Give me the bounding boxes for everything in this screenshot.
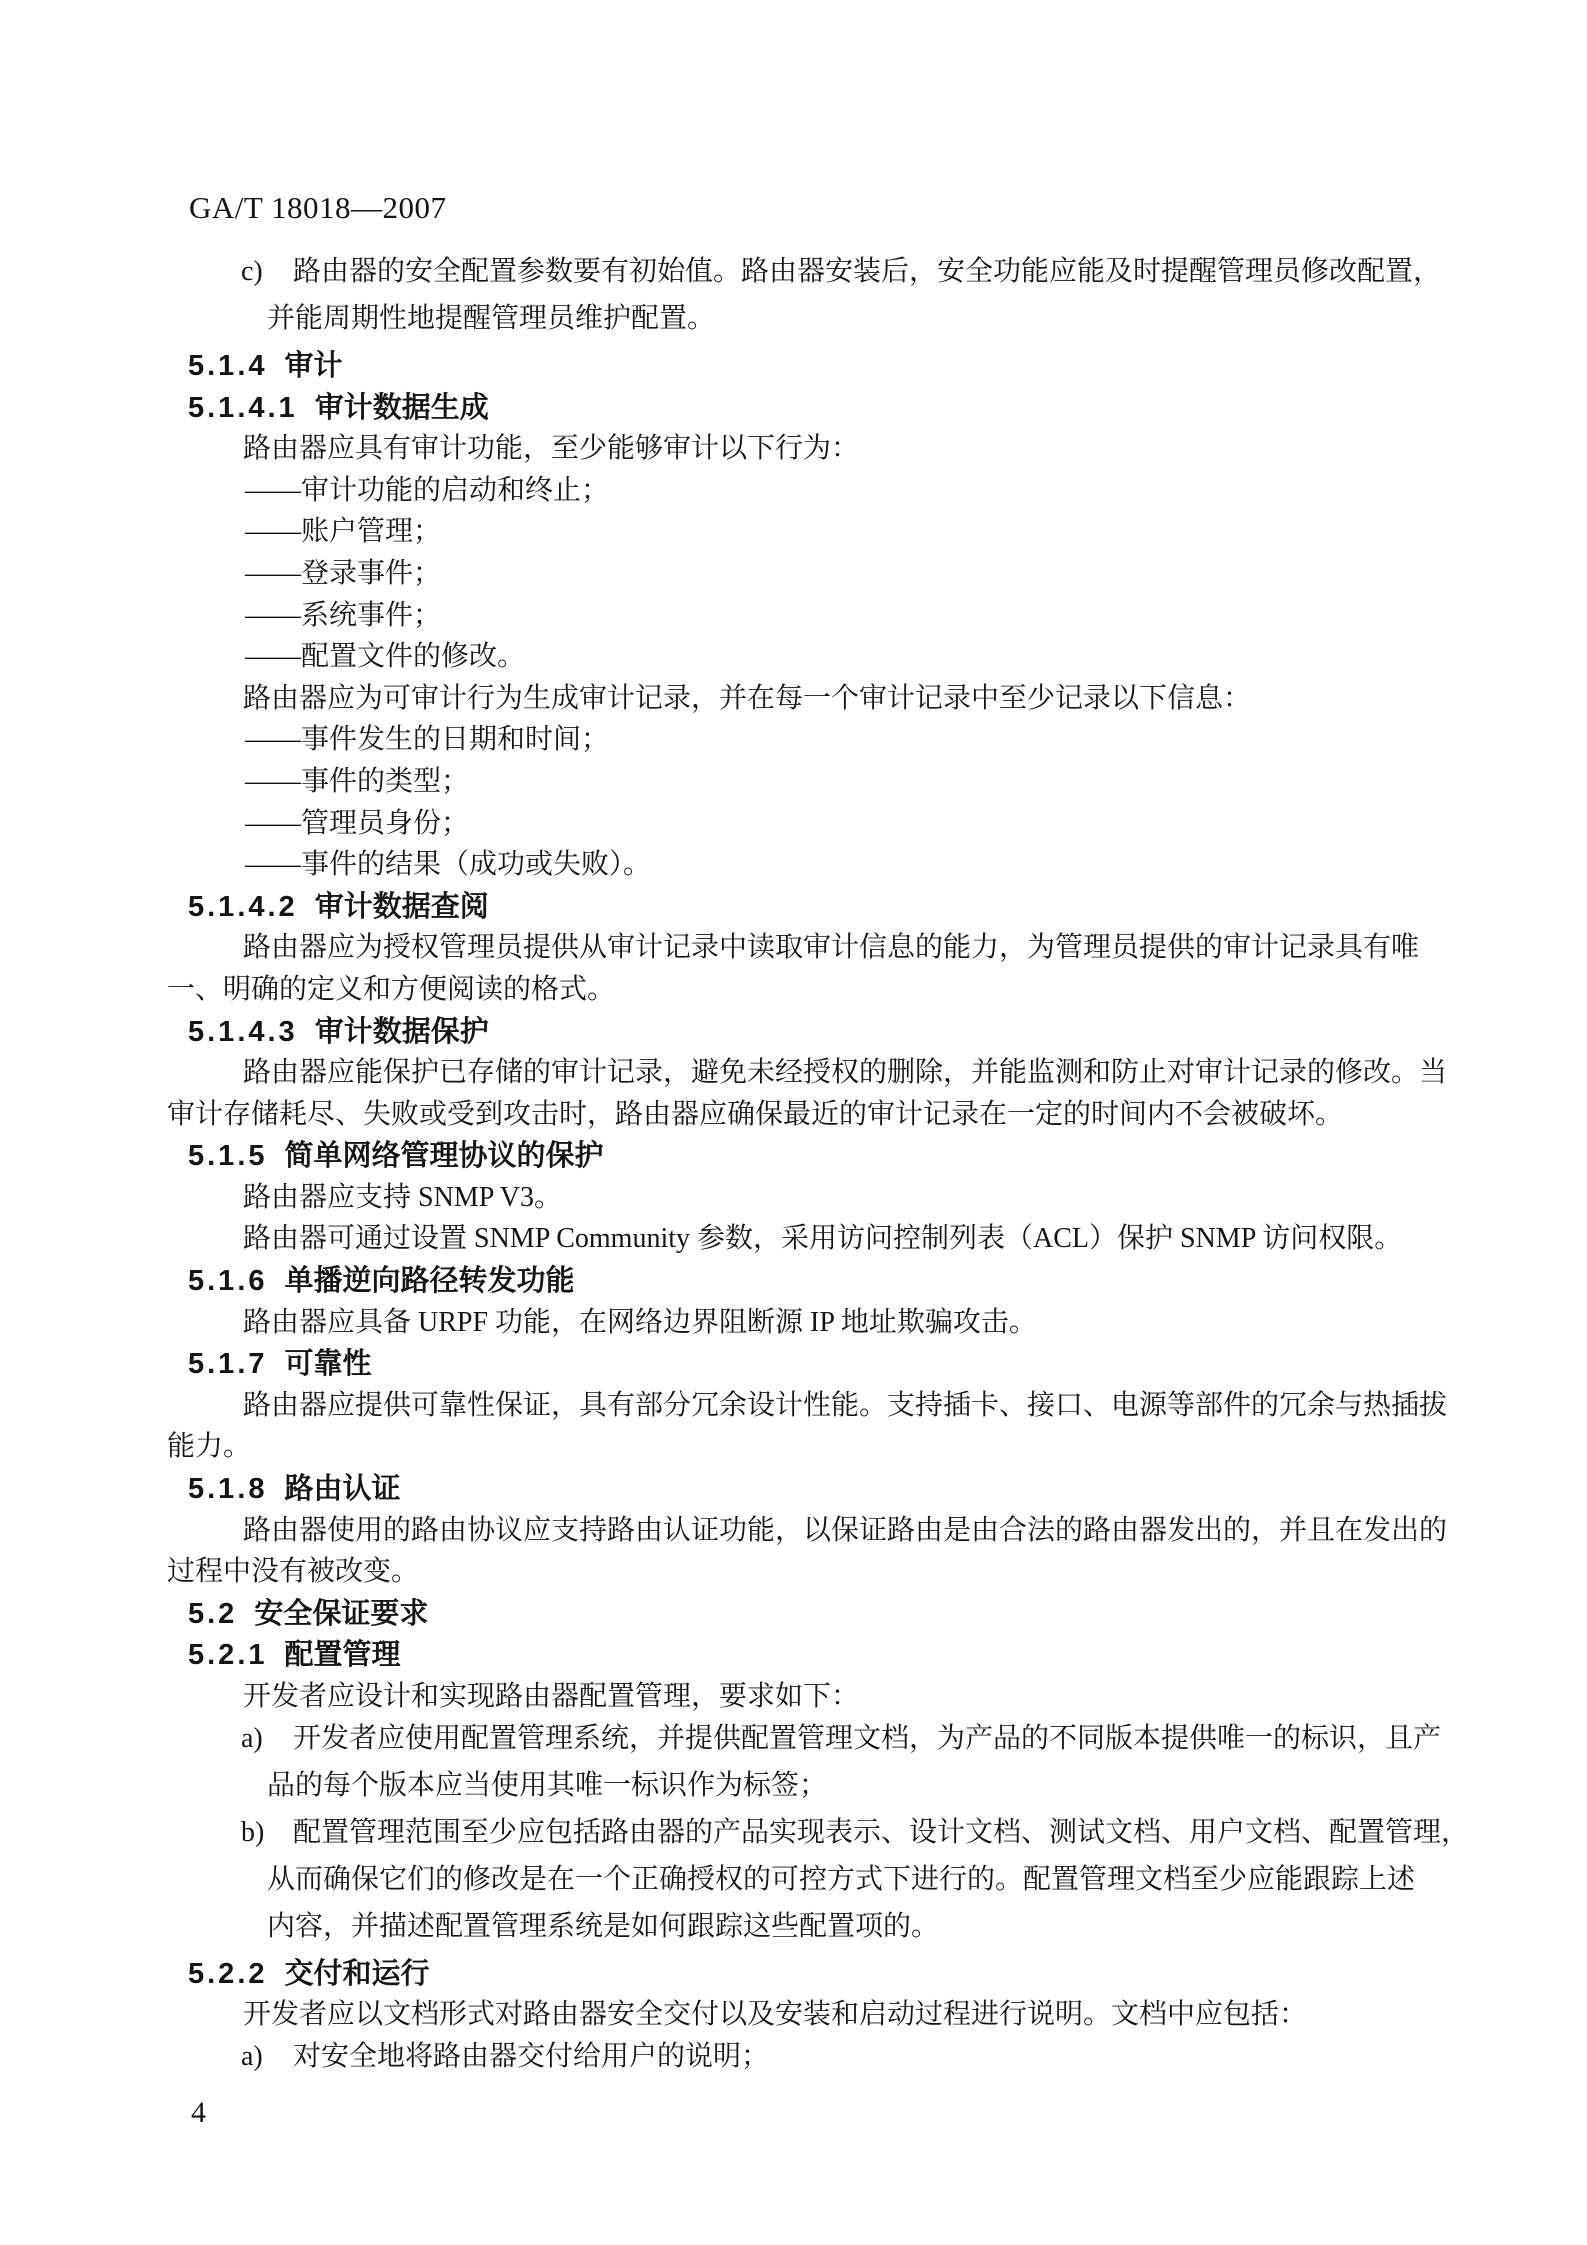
section-number: 5.2.1 — [188, 1639, 268, 1671]
section-heading: 5.1.4.2审计数据查阅 — [0, 891, 1587, 933]
paragraph-line: 开发者应以文档形式对路由器安全交付以及安装和启动过程进行说明。文档中应包括： — [0, 1999, 1587, 2041]
dash-list-item: ——事件的结果（成功或失败）。 — [0, 849, 1587, 891]
dash-list-item: ——管理员身份； — [0, 808, 1587, 850]
section-heading: 5.1.4.1审计数据生成 — [0, 392, 1587, 434]
paragraph-continuation-line: 能力。 — [0, 1431, 1587, 1473]
list-item: b)配置管理范围至少应包括路由器的产品实现表示、设计文档、测试文档、用户文档、配… — [0, 1817, 1587, 1864]
section-number: 5.1.4.3 — [188, 1016, 298, 1048]
section-number: 5.2.2 — [188, 1958, 268, 1990]
paragraph-continuation-line: 一、明确的定义和方便阅读的格式。 — [0, 974, 1587, 1016]
paragraph-line: 路由器应为可审计行为生成审计记录，并在每一个审计记录中至少记录以下信息： — [0, 683, 1587, 725]
section-number: 5.1.5 — [188, 1140, 268, 1172]
section-heading: 5.2.2交付和运行 — [0, 1958, 1587, 2000]
section-heading: 5.1.5简单网络管理协议的保护 — [0, 1140, 1587, 1182]
paragraph-line: 路由器应为授权管理员提供从审计记录中读取审计信息的能力，为管理员提供的审计记录具… — [0, 932, 1587, 974]
list-item-text: 配置管理范围至少应包括路由器的产品实现表示、设计文档、测试文档、用户文档、配置管… — [293, 1817, 1469, 1848]
section-title: 审计数据保护 — [315, 1016, 489, 1048]
section-number: 5.2 — [188, 1598, 237, 1630]
section-heading: 5.1.7可靠性 — [0, 1348, 1587, 1390]
dash-list-item: ——事件发生的日期和时间； — [0, 724, 1587, 766]
section-number: 5.1.6 — [188, 1265, 268, 1297]
section-heading: 5.1.4.3审计数据保护 — [0, 1016, 1587, 1058]
list-item-marker: a) — [241, 1723, 293, 1755]
paragraph-line: 路由器应具备 URPF 功能，在网络边界阻断源 IP 地址欺骗攻击。 — [0, 1307, 1587, 1349]
section-title: 审计 — [285, 350, 343, 382]
section-number: 5.1.4.2 — [188, 891, 298, 923]
paragraph-line: 路由器可通过设置 SNMP Community 参数，采用访问控制列表（ACL）… — [0, 1223, 1587, 1265]
dash-list-item: ——事件的类型； — [0, 766, 1587, 808]
section-heading: 5.2安全保证要求 — [0, 1598, 1587, 1640]
section-title: 安全保证要求 — [254, 1598, 428, 1630]
section-heading: 5.1.8路由认证 — [0, 1473, 1587, 1515]
document-page: GA/T 18018—2007 c)路由器的安全配置参数要有初始值。路由器安装后… — [0, 0, 1587, 2245]
dash-list-item: ——账户管理； — [0, 516, 1587, 558]
list-item-marker: a) — [241, 2041, 293, 2073]
list-item-continuation: 品的每个版本应当使用其唯一标识作为标签； — [0, 1770, 1587, 1817]
list-item-marker: b) — [241, 1817, 293, 1849]
list-item-text: 开发者应使用配置管理系统，并提供配置管理文档，为产品的不同版本提供唯一的标识，且… — [293, 1723, 1441, 1754]
paragraph-line: 开发者应设计和实现路由器配置管理，要求如下： — [0, 1681, 1587, 1723]
dash-list-item: ——系统事件； — [0, 600, 1587, 642]
list-item: c)路由器的安全配置参数要有初始值。路由器安装后，安全功能应能及时提醒管理员修改… — [0, 256, 1587, 303]
list-item-continuation: 内容，并描述配置管理系统是如何跟踪这些配置项的。 — [0, 1911, 1587, 1958]
list-item: a)对安全地将路由器交付给用户的说明； — [0, 2041, 1587, 2088]
section-title: 交付和运行 — [285, 1958, 430, 1990]
standard-number-header: GA/T 18018—2007 — [189, 190, 447, 226]
section-number: 5.1.8 — [188, 1473, 268, 1505]
paragraph-continuation-line: 过程中没有被改变。 — [0, 1556, 1587, 1598]
section-title: 单播逆向路径转发功能 — [285, 1265, 575, 1297]
paragraph-line: 路由器应提供可靠性保证，具有部分冗余设计性能。支持插卡、接口、电源等部件的冗余与… — [0, 1390, 1587, 1432]
paragraph-line: 路由器使用的路由协议应支持路由认证功能，以保证路由是由合法的路由器发出的，并且在… — [0, 1515, 1587, 1557]
list-item-continuation: 从而确保它们的修改是在一个正确授权的可控方式下进行的。配置管理文档至少应能跟踪上… — [0, 1864, 1587, 1911]
section-title: 简单网络管理协议的保护 — [285, 1140, 604, 1172]
section-number: 5.1.7 — [188, 1348, 268, 1380]
section-title: 审计数据生成 — [315, 392, 489, 424]
section-number: 5.1.4 — [188, 350, 268, 382]
section-title: 配置管理 — [285, 1639, 401, 1671]
list-item: a)开发者应使用配置管理系统，并提供配置管理文档，为产品的不同版本提供唯一的标识… — [0, 1723, 1587, 1770]
section-title: 路由认证 — [285, 1473, 401, 1505]
section-heading: 5.2.1配置管理 — [0, 1639, 1587, 1681]
dash-list-item: ——配置文件的修改。 — [0, 641, 1587, 683]
list-item-text: 对安全地将路由器交付给用户的说明； — [293, 2041, 769, 2072]
list-item-continuation: 并能周期性地提醒管理员维护配置。 — [0, 303, 1587, 350]
paragraph-line: 路由器应支持 SNMP V3。 — [0, 1182, 1587, 1224]
list-item-marker: c) — [241, 256, 293, 288]
doc-lines: c)路由器的安全配置参数要有初始值。路由器安装后，安全功能应能及时提醒管理员修改… — [0, 256, 1587, 2088]
paragraph-line: 路由器应具有审计功能，至少能够审计以下行为： — [0, 433, 1587, 475]
page-number: 4 — [191, 2096, 206, 2130]
section-title: 可靠性 — [285, 1348, 372, 1380]
section-heading: 5.1.6单播逆向路径转发功能 — [0, 1265, 1587, 1307]
paragraph-line: 路由器应能保护已存储的审计记录，避免未经授权的删除，并能监测和防止对审计记录的修… — [0, 1057, 1587, 1099]
dash-list-item: ——登录事件； — [0, 558, 1587, 600]
paragraph-continuation-line: 审计存储耗尽、失败或受到攻击时，路由器应确保最近的审计记录在一定的时间内不会被破… — [0, 1099, 1587, 1141]
section-heading: 5.1.4审计 — [0, 350, 1587, 392]
dash-list-item: ——审计功能的启动和终止； — [0, 475, 1587, 517]
section-number: 5.1.4.1 — [188, 392, 298, 424]
section-title: 审计数据查阅 — [315, 891, 489, 923]
list-item-text: 路由器的安全配置参数要有初始值。路由器安装后，安全功能应能及时提醒管理员修改配置… — [293, 256, 1441, 287]
